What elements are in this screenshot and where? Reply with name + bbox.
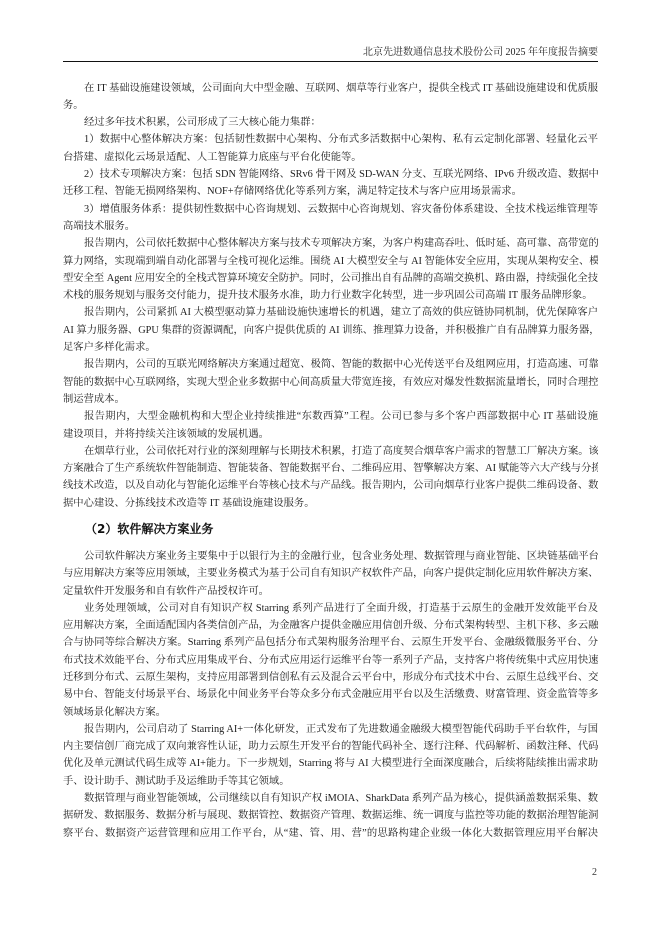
paragraph-line: 台搭建、虚拟化云场景适配、人工智能算力底座与平台化使能等。 [63,149,598,166]
page-header-title: 北京先进数通信息技术股份公司 2025 年年度报告摘要 [363,46,598,60]
paragraph-line: 内主要信创厂商完成了双向兼容性认证，助力云原生开发平台的智能代码补全、逐行注释、… [63,738,598,755]
paragraph-line: 合与协同等综合解决方案。Starring 系列产品包括分布式架构服务治理平台、云… [63,634,598,651]
paragraph-line: 术栈的服务规划与服务交付能力，提升技术服务水准，助力行业数字化转型，进一步巩固公… [63,287,598,304]
paragraph-line: 应用解决方案，全面适配国内各类信创产品，为金融客户提供金融应用信创升级、分布式架… [63,617,598,634]
paragraph-line: 算力网络，实现端到端自动化部署与全栈可视化运维。围绕 AI 大模型安全与 AI … [63,253,598,270]
paragraph: 经过多年技术积累，公司形成了三大核心能力集群： [63,114,598,131]
paragraph: 1）数据中心整体解决方案：包括韧性数据中心架构、分布式多活数据中心架构、私有云定… [63,131,598,166]
paragraph-line: 在烟草行业，公司依托对行业的深刻理解与长期技术积累，打造了高度契合烟草客户需求的… [63,443,598,460]
paragraph-line: 方案融合了生产系统软件智能制造、智能装备、智能数据平台、二维码应用、智擎解决方案… [63,460,598,477]
paragraph: 报告期内，大型金融机构和大型企业持续推进“东数西算”工程。公司已参与多个客户西部… [63,408,598,443]
paragraph-line: 2）技术专项解决方案：包括 SDN 智能网络、SRv6 骨干网及 SD-WAN … [63,166,598,183]
paragraph-line: 公司软件解决方案业务主要集中于以银行为主的金融行业，包含业务处理、数据管理与商业… [63,548,598,565]
paragraph-line: 报告期内，公司启动了 Starring AI+一体化研发，正式发布了先进数通金融… [63,721,598,738]
document-body: 在 IT 基础设施建设领域，公司面向大中型金融、互联网、烟草等行业客户，提供全栈… [63,80,598,842]
paragraph-line: 制运营成本。 [63,391,598,408]
paragraph-line: 布式技术效能平台、分布式应用集成平台、分布式应用运行运维平台等一系列子产品，支持… [63,652,598,669]
paragraph-line: 报告期内，大型金融机构和大型企业持续推进“东数西算”工程。公司已参与多个客户西部… [63,408,598,425]
paragraph-line: 业务处理领域，公司对自有知识产权 Starring 系列产品进行了全面升级，打造… [63,600,598,617]
page-number: 2 [592,866,597,880]
paragraph: 2）技术专项解决方案：包括 SDN 智能网络、SRv6 骨干网及 SD-WAN … [63,166,598,201]
paragraph-line: 在 IT 基础设施建设领域，公司面向大中型金融、互联网、烟草等行业客户，提供全栈… [63,80,598,97]
paragraph-line: 务。 [63,97,598,114]
paragraph-line: 报告期内，公司的互联光网络解决方案通过超宽、极简、智能的数据中心光传送平台及组网… [63,356,598,373]
paragraph-line: 经过多年技术积累，公司形成了三大核心能力集群： [63,114,598,131]
paragraph-line: 数据管理与商业智能领域，公司继续以自有知识产权 iMOIA、SharkData … [63,790,598,807]
paragraph: 在 IT 基础设施建设领域，公司面向大中型金融、互联网、烟草等行业客户，提供全栈… [63,80,598,115]
paragraph-line: 易中台、智能支付场景平台、场景化中间业务平台等众多分布式金融应用平台以及生活缴费… [63,686,598,703]
paragraph-line: 报告期内，公司紧抓 AI 大模型驱动算力基础设施快速增长的机遇，建立了高效的供应… [63,304,598,321]
header-divider [63,61,598,62]
section-heading: （2）软件解决方案业务 [63,512,598,548]
paragraph-line: 迁移到分布式、云原生架构，支持应用部署到信创私有云及混合云平台中，形成分布式技术… [63,669,598,686]
paragraph-line: 1）数据中心整体解决方案：包括韧性数据中心架构、分布式多活数据中心架构、私有云定… [63,131,598,148]
paragraph: 报告期内，公司依托数据中心整体解决方案与技术专项解决方案，为客户构建高吞吐、低时… [63,235,598,304]
paragraph: 公司软件解决方案业务主要集中于以银行为主的金融行业，包含业务处理、数据管理与商业… [63,548,598,600]
paragraph-line: 领域场景化解决方案。 [63,704,598,721]
paragraph-line: AI 算力服务器、GPU 集群的资源调配，向客户提供优质的 AI 训练、推理算力… [63,322,598,339]
paragraph: 报告期内，公司的互联光网络解决方案通过超宽、极简、智能的数据中心光传送平台及组网… [63,356,598,408]
paragraph-line: 型安全至 Agent 应用安全的全栈式智算环境安全防护。同时，公司推出自有品牌的… [63,270,598,287]
paragraph-line: 3）增值服务体系：提供韧性数据中心咨询规划、云数据中心咨询规划、容灾备份体系建设… [63,201,598,218]
paragraph-line: 智能的数据中心互联网络，实现大型企业多数据中心间高质量大带宽连接，有效应对爆发性… [63,374,598,391]
paragraph-line: 察平台、数据资产运营管理和应用工作平台，从“建、管、用、营”的思路构建企业级一体… [63,825,598,842]
paragraph: 在烟草行业，公司依托对行业的深刻理解与长期技术积累，打造了高度契合烟草客户需求的… [63,443,598,512]
paragraph: 业务处理领域，公司对自有知识产权 Starring 系列产品进行了全面升级，打造… [63,600,598,721]
paragraph-line: 高端技术服务。 [63,218,598,235]
paragraph-line: 迁移工程、智能无损网络架构、NOF+存储网络优化等系列方案，满足特定技术与客户应… [63,183,598,200]
paragraph-line: 据中心建设、分拣线技术改造等 IT 基础设施建设服务。 [63,495,598,512]
paragraph: 报告期内，公司紧抓 AI 大模型驱动算力基础设施快速增长的机遇，建立了高效的供应… [63,304,598,356]
paragraph: 报告期内，公司启动了 Starring AI+一体化研发，正式发布了先进数通金融… [63,721,598,790]
paragraph-line: 据研发、数据服务、数据分析与展现、数据管控、数据资产管理、数据运维、统一调度与监… [63,807,598,824]
paragraph-line: 与应用解决方案等应用领域，主要业务模式为基于公司自有知识产权软件产品，向客户提供… [63,565,598,582]
paragraph-line: 建设项目，并将持续关注该领域的发展机遇。 [63,426,598,443]
paragraph-line: 报告期内，公司依托数据中心整体解决方案与技术专项解决方案，为客户构建高吞吐、低时… [63,235,598,252]
paragraph-line: 线技术改造，以及自动化与智能化运维平台等核心技术与产品线。报告期内，公司向烟草行… [63,477,598,494]
paragraph: 数据管理与商业智能领域，公司继续以自有知识产权 iMOIA、SharkData … [63,790,598,842]
paragraph: 3）增值服务体系：提供韧性数据中心咨询规划、云数据中心咨询规划、容灾备份体系建设… [63,201,598,236]
paragraph-line: 优化及单元测试代码生成等 AI+能力。下一步规划，Starring 将与 AI … [63,755,598,772]
paragraph-line: 定量软件开发服务和自有软件产品授权许可。 [63,583,598,600]
paragraph-line: 手、设计助手、测试助手及运维助手等其它领域。 [63,773,598,790]
paragraph-line: 足客户多样化需求。 [63,339,598,356]
